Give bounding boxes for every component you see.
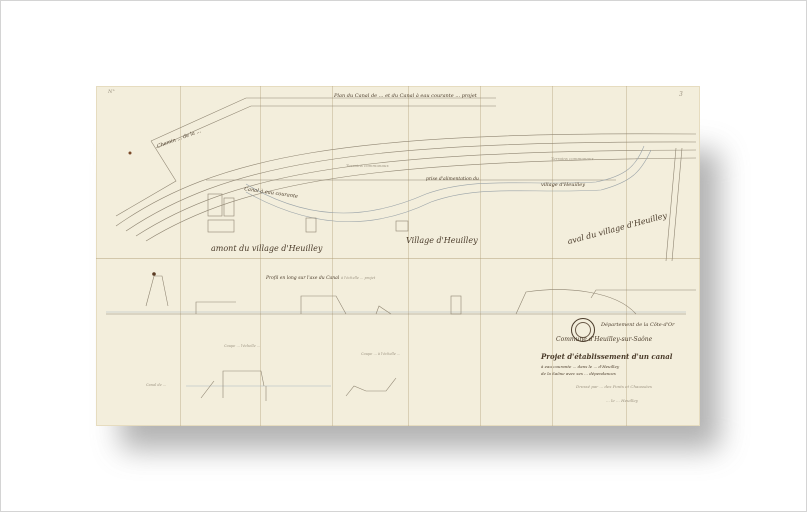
profile-subtitle: à l'échelle ... projet <box>341 276 375 280</box>
cartouche-project-line3: de la Saône avec ses ... dépendances <box>541 371 616 376</box>
section-2-title: Coupe ... à l'échelle ... <box>361 352 400 356</box>
cartouche-project-title: Projet d'établissement d'un canal <box>541 352 672 361</box>
plan-title: Plan du Canal de ... et du Canal à eau c… <box>334 93 477 99</box>
label-terrain-2: Terrains communaux <box>551 156 594 161</box>
label-water-supply: prise d'alimentation du <box>426 177 479 182</box>
label-village-center: Village d'Heuilley <box>406 236 478 245</box>
cartouche-signature-line1: Dressé par ... des Ponts et Chaussées <box>576 384 652 389</box>
corner-reference-left: N° <box>108 89 115 95</box>
section-1-label: Canal de ... <box>146 383 166 387</box>
label-village-small: village d'Heuilley <box>541 182 585 188</box>
cartouche-project-line2: à eau courante ... dans le ... d'Heuille… <box>541 364 619 369</box>
corner-reference-right: 3 <box>679 91 683 98</box>
label-terrain-1: Terrains communaux <box>346 163 389 168</box>
label-upstream: amont du village d'Heuilley <box>211 244 322 253</box>
profile-title: Profil en long sur l'axe du Canal <box>266 276 339 281</box>
cartouche-commune: Commune d'Heuilley-sur-Saône <box>556 336 652 343</box>
section-1-title: Coupe ... l'échelle ... <box>224 344 260 348</box>
cartouche-signature-line2: ... le ... Heuilley <box>606 398 638 403</box>
canal-plan-sheet: N° 3 Plan du Canal de ... et du Canal à … <box>96 86 700 426</box>
cartouche-department: Département de la Côte-d'Or <box>601 322 675 328</box>
